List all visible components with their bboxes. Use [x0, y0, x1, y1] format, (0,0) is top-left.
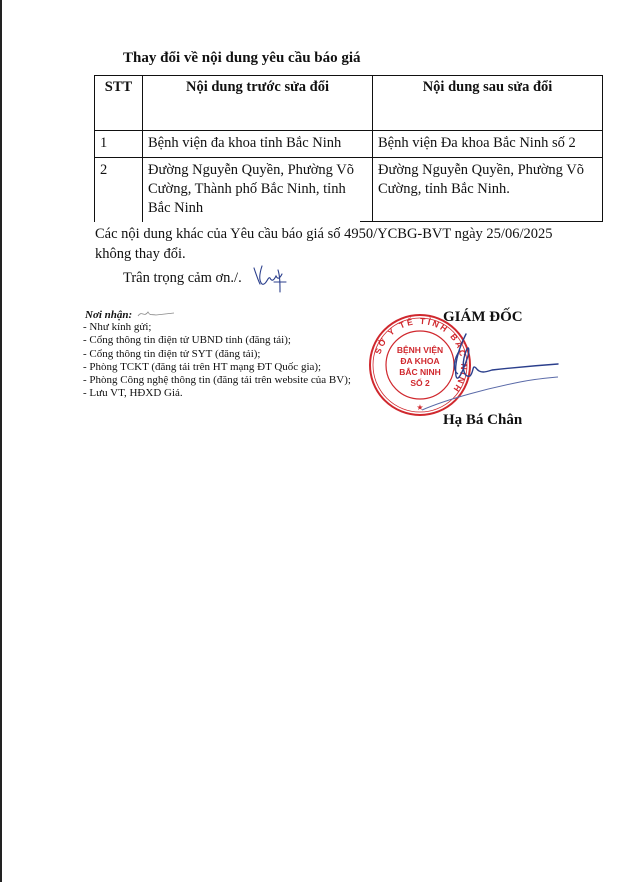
table-header-stt: STT — [95, 78, 142, 97]
recipients-title: Nơi nhận: — [85, 309, 132, 321]
table-row-2-before: Đường Nguyễn Quyền, Phường Võ Cường, Thà… — [148, 161, 368, 218]
table-row-1-stt: 1 — [100, 134, 107, 153]
table-row-2-stt: 2 — [100, 161, 107, 180]
document-page: { "section_title": "Thay đổi về nội dung… — [0, 0, 636, 882]
body-line-2: không thay đổi. — [95, 244, 186, 264]
table-divider-col1 — [142, 75, 143, 222]
table-row-1-before: Bệnh viện đa khoa tỉnh Bắc Ninh — [148, 134, 370, 153]
body-line-1: Các nội dung khác của Yêu cầu báo giá số… — [95, 224, 552, 244]
table-border-top — [94, 75, 603, 76]
recipient-item: - Như kính gửi; — [83, 321, 351, 334]
table-row-1-after: Bệnh viện Đa khoa Bắc Ninh số 2 — [378, 134, 600, 153]
signer-title: GIÁM ĐỐC — [443, 309, 523, 326]
table-border-right — [602, 75, 603, 222]
table-border-left — [94, 75, 95, 222]
recipients-list: - Như kính gửi; - Cổng thông tin điện tử… — [83, 321, 351, 401]
recipient-item: - Cổng thông tin điện tử UBND tỉnh (đăng… — [83, 334, 351, 347]
table-row-2-after: Đường Nguyễn Quyền, Phường Võ Cường, tỉn… — [378, 161, 600, 199]
table-header-before: Nội dung trước sửa đổi — [143, 78, 372, 97]
closing-text: Trân trọng cảm ơn./. — [123, 268, 242, 288]
recipient-item: - Cổng thông tin điện tử SYT (đăng tải); — [83, 348, 351, 361]
signer-name: Hạ Bá Chân — [443, 412, 522, 429]
recipient-item: - Phòng Công nghệ thông tin (đăng tải tr… — [83, 374, 351, 387]
table-header-after: Nội dung sau sửa đổi — [373, 78, 602, 97]
table-border-bottom — [360, 221, 603, 222]
table-divider-col2 — [372, 75, 373, 222]
recipient-item: - Phòng TCKT (đăng tải trên HT mạng ĐT Q… — [83, 361, 351, 374]
recipient-initial-icon — [136, 308, 176, 320]
director-signature-icon — [420, 328, 560, 413]
section-title: Thay đổi về nội dung yêu cầu báo giá — [123, 50, 361, 67]
table-divider-row1 — [94, 157, 603, 158]
initial-signature-icon — [250, 262, 290, 294]
changes-table: STT Nội dung trước sửa đổi Nội dung sau … — [94, 75, 603, 223]
recipient-item: - Lưu VT, HĐXD Giá. — [83, 387, 351, 400]
table-divider-header — [94, 130, 603, 131]
